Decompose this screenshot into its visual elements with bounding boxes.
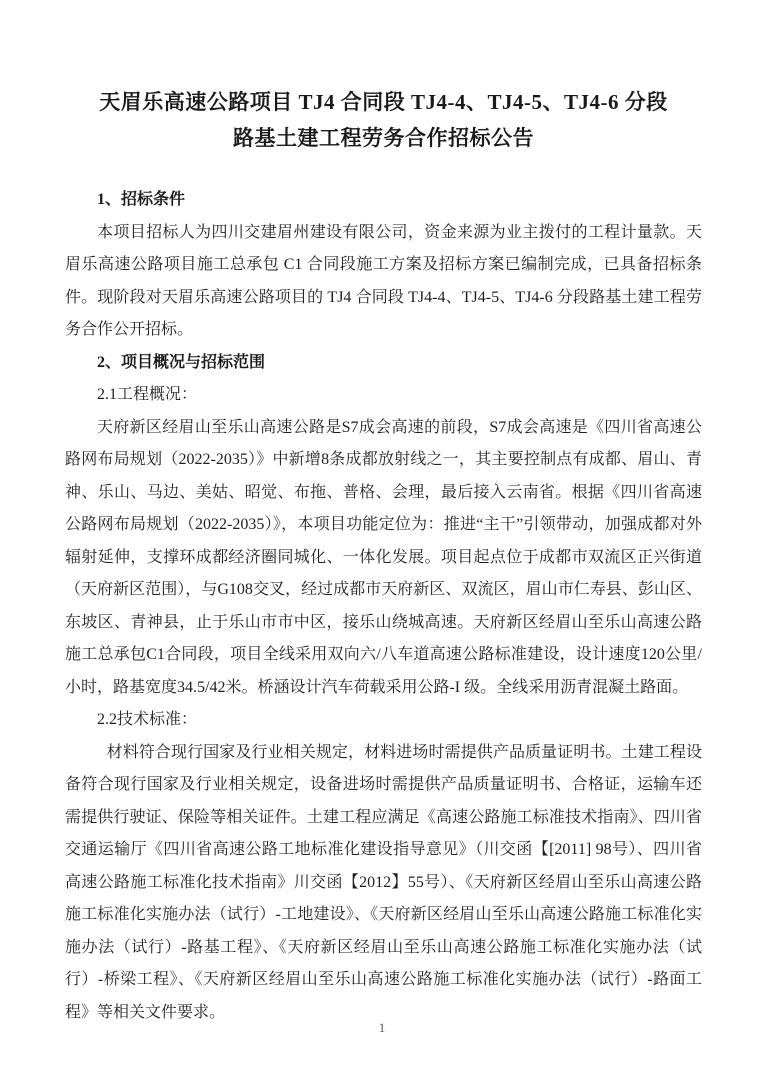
subheading-engineering-overview: 2.1工程概况： bbox=[65, 379, 702, 412]
paragraph-bidding-conditions: 本项目招标人为四川交建眉州建设有限公司，资金来源为业主拨付的工程计量款。天眉乐高… bbox=[65, 217, 702, 347]
page-number: 1 bbox=[0, 1020, 764, 1036]
subheading-technical-standards: 2.2技术标准： bbox=[65, 704, 702, 737]
section-heading-project-overview: 2、项目概况与招标范围 bbox=[65, 347, 702, 380]
page-title: 天眉乐高速公路项目 TJ4 合同段 TJ4-4、TJ4-5、TJ4-6 分段 路… bbox=[65, 84, 702, 156]
section-heading-bidding-conditions: 1、招标条件 bbox=[65, 184, 702, 217]
document-body: 1、招标条件 本项目招标人为四川交建眉州建设有限公司，资金来源为业主拨付的工程计… bbox=[65, 184, 702, 1029]
document-page: 天眉乐高速公路项目 TJ4 合同段 TJ4-4、TJ4-5、TJ4-6 分段 路… bbox=[0, 0, 764, 1080]
title-line-2: 路基土建工程劳务合作招标公告 bbox=[65, 120, 702, 156]
title-line-1: 天眉乐高速公路项目 TJ4 合同段 TJ4-4、TJ4-5、TJ4-6 分段 bbox=[65, 84, 702, 120]
paragraph-engineering-overview: 天府新区经眉山至乐山高速公路是S7成会高速的前段，S7成会高速是《四川省高速公路… bbox=[65, 412, 702, 705]
paragraph-technical-standards: 材料符合现行国家及行业相关规定，材料进场时需提供产品质量证明书。土建工程设备符合… bbox=[65, 737, 702, 1030]
